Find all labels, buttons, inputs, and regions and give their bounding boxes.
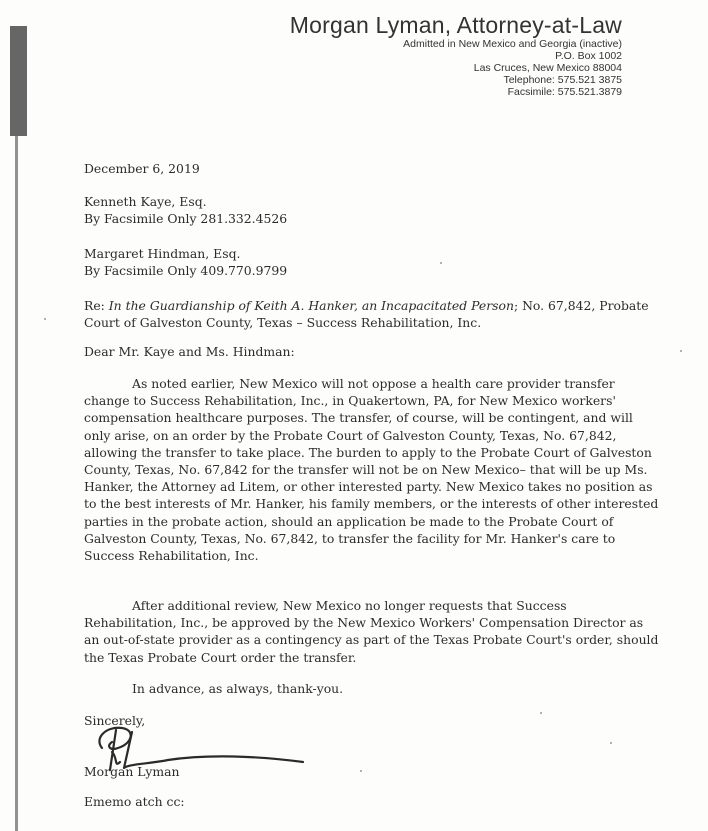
letterhead-admission: Admitted in New Mexico and Georgia (inac… [290, 38, 622, 50]
letterhead-facsimile: Facsimile: 575.521.3879 [290, 86, 622, 98]
thanks-line: In advance, as always, thank-you. [84, 680, 644, 697]
letterhead-name: Morgan Lyman, Attorney-at-Law [290, 12, 622, 38]
signer-name: Morgan Lyman [84, 763, 644, 780]
recipient-delivery: By Facsimile Only 409.770.9799 [84, 262, 644, 279]
recipient-delivery: By Facsimile Only 281.332.4526 [84, 210, 644, 227]
enclosure-line: Ememo atch cc: [84, 793, 644, 810]
recipient-name: Kenneth Kaye, Esq. [84, 193, 644, 210]
scan-speck [360, 770, 362, 772]
letterhead-city: Las Cruces, New Mexico 88004 [290, 62, 622, 74]
recipient-block: Margaret Hindman, Esq. By Facsimile Only… [84, 245, 644, 279]
thanks-text: In advance, as always, thank-you. [84, 681, 343, 696]
letterhead-po-box: P.O. Box 1002 [290, 50, 622, 62]
letterhead-telephone: Telephone: 575.521 3875 [290, 74, 622, 86]
letter-date: December 6, 2019 [84, 160, 644, 177]
scan-speck [44, 318, 46, 320]
re-case-title: In the Guardianship of Keith A. Hanker, … [109, 298, 514, 313]
body-paragraph: After additional review, New Mexico no l… [84, 597, 659, 666]
scan-speck [440, 262, 442, 264]
recipient-block: Kenneth Kaye, Esq. By Facsimile Only 281… [84, 193, 644, 227]
scan-speck [610, 742, 612, 744]
re-line: Re: In the Guardianship of Keith A. Hank… [84, 297, 659, 331]
salutation: Dear Mr. Kaye and Ms. Hindman: [84, 343, 644, 360]
scan-speck [540, 712, 542, 714]
scan-speck [680, 350, 682, 352]
body-paragraph: As noted earlier, New Mexico will not op… [84, 375, 659, 564]
letterhead: Morgan Lyman, Attorney-at-Law Admitted i… [290, 12, 622, 98]
recipient-name: Margaret Hindman, Esq. [84, 245, 644, 262]
scan-binder-mark [10, 26, 27, 136]
re-prefix: Re: [84, 298, 109, 313]
letter-page: Morgan Lyman, Attorney-at-Law Admitted i… [0, 0, 708, 831]
scan-edge-line [15, 136, 18, 831]
